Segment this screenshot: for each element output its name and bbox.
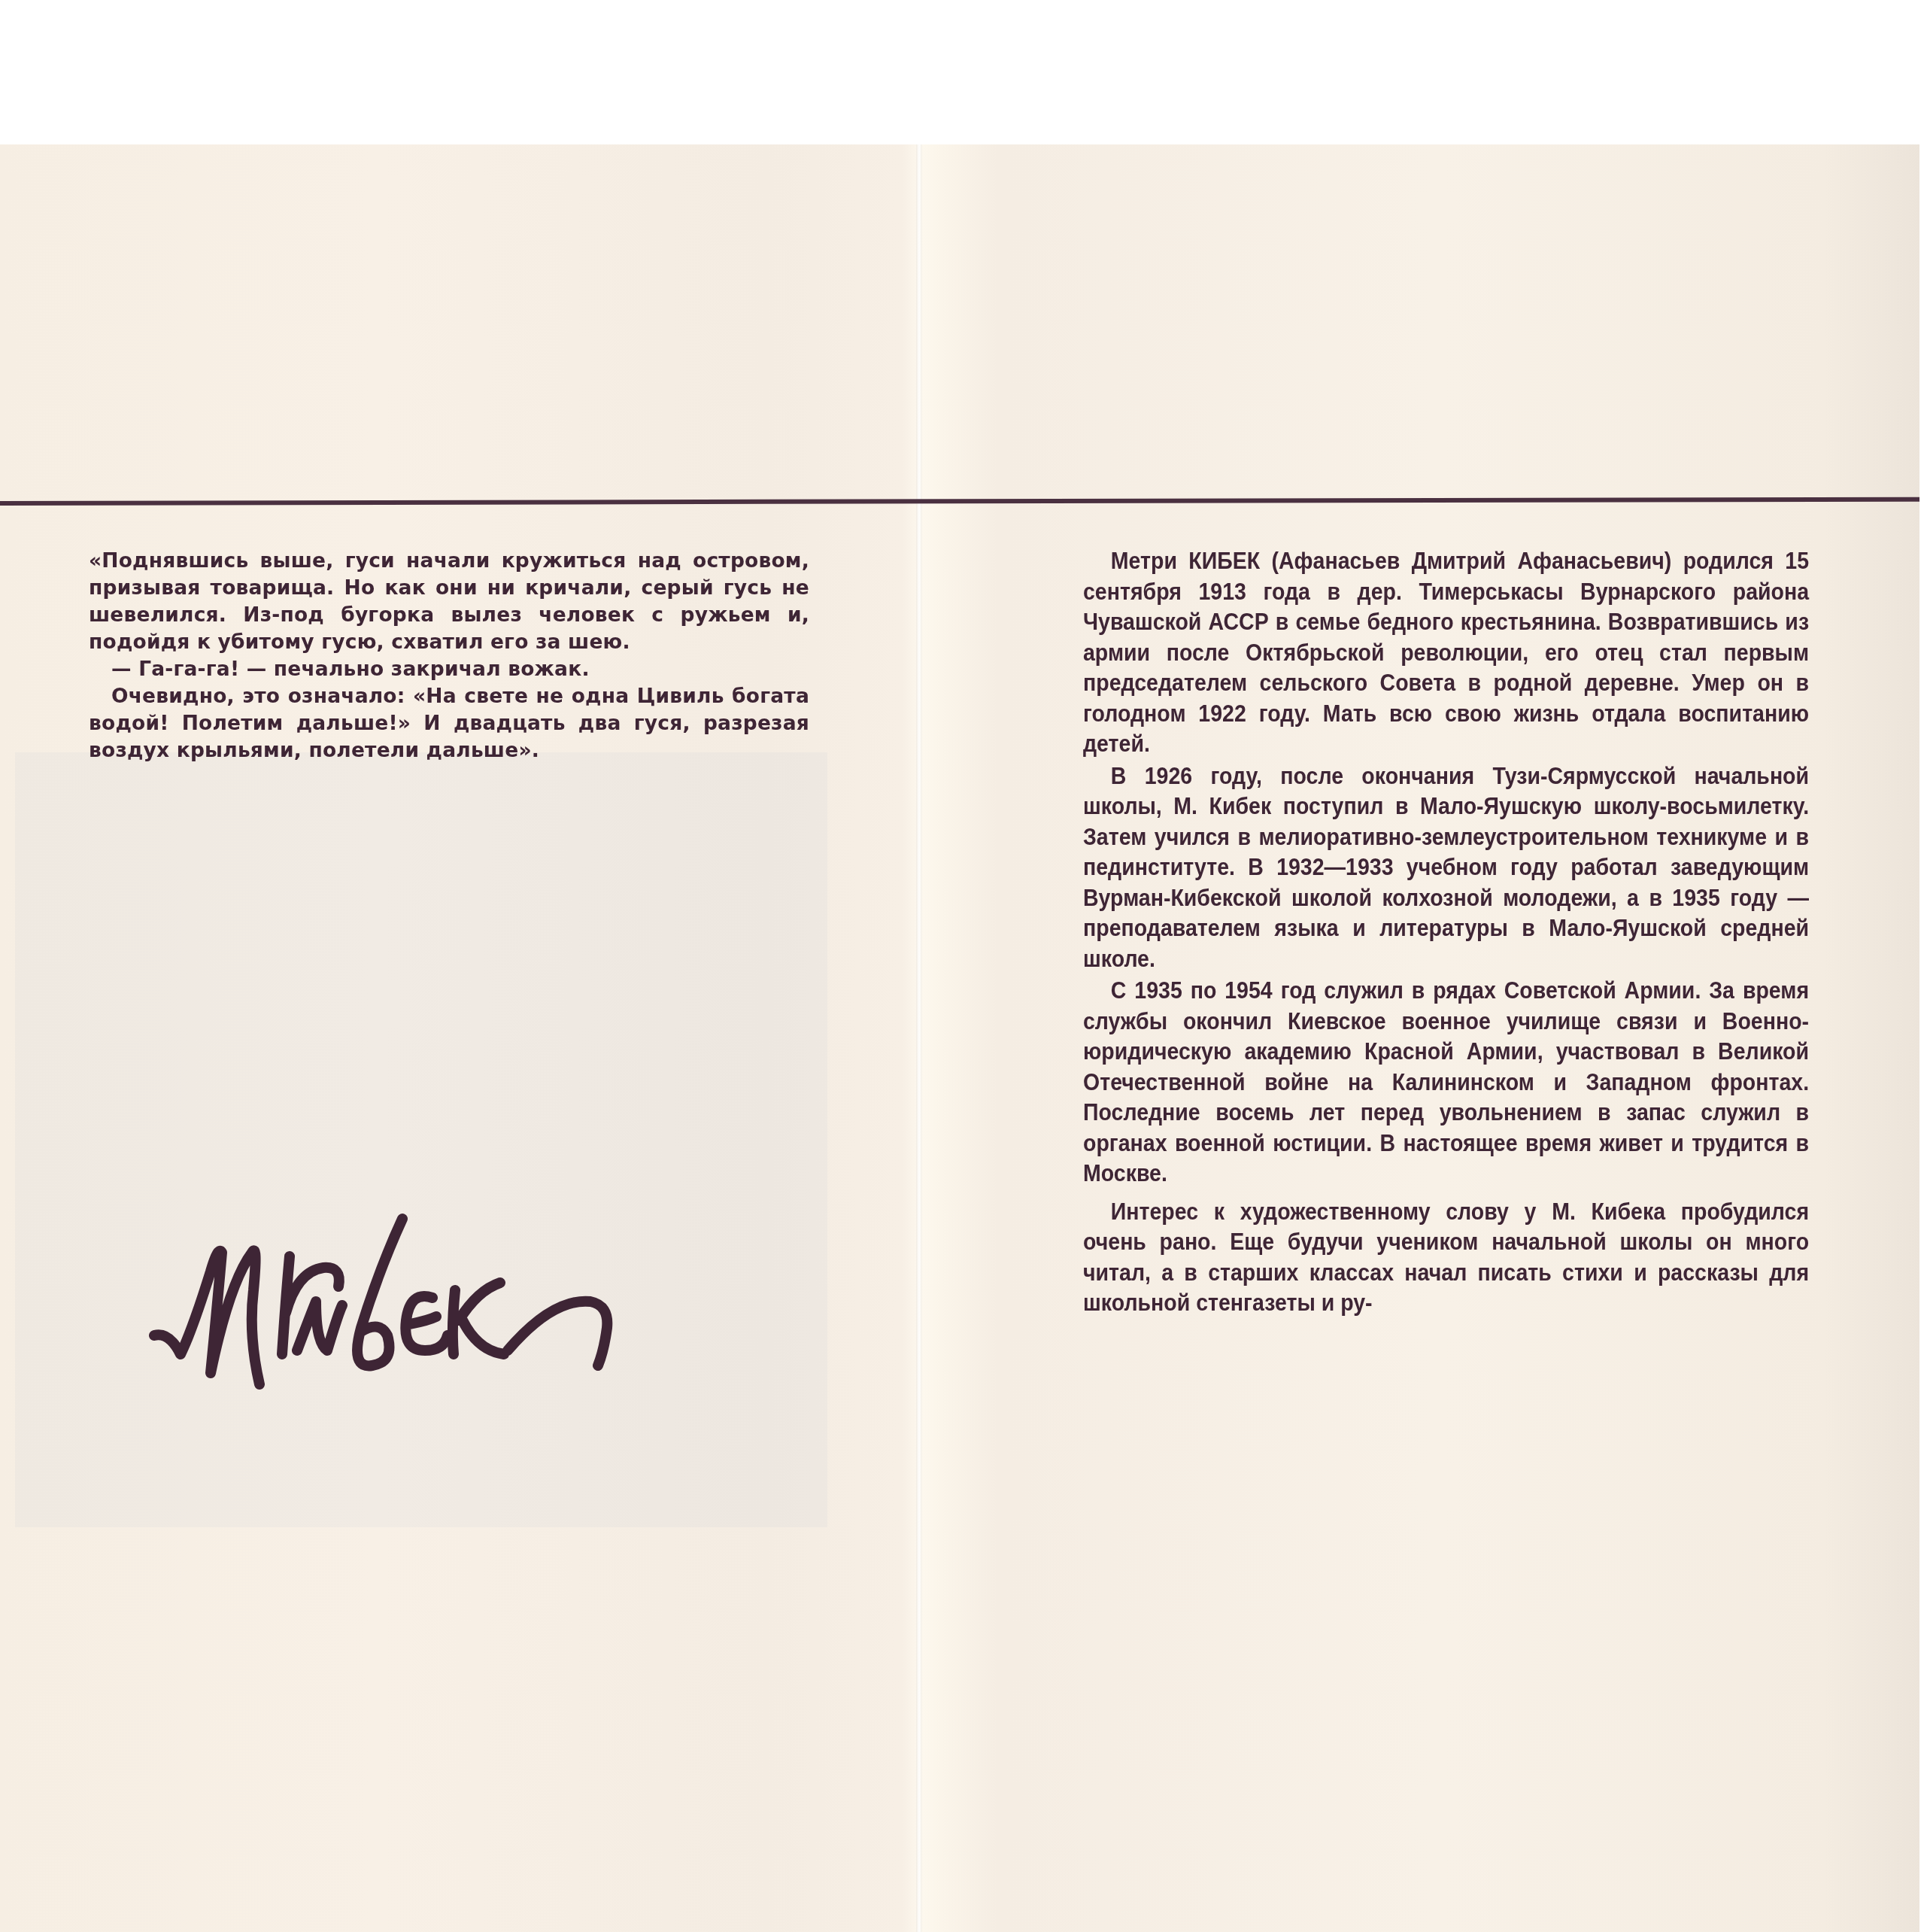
bio-paragraph: С 1935 по 1954 год служил в рядах Советс… [1083,976,1809,1189]
quote-paragraph: Очевидно, это означало: «На свете не одн… [89,683,809,764]
left-page-quote: «Поднявшись выше, гуси начали кружиться … [89,548,809,764]
bio-paragraph: В 1926 году, после окончания Тузи-Сярмус… [1083,761,1809,975]
bio-paragraph: Метри КИБЕК (Афанасьев Дмитрий Афанасьев… [1083,546,1809,760]
right-page-biography: Метри КИБЕК (Афанасьев Дмитрий Афанасьев… [1083,546,1809,1320]
show-through-image [15,752,827,1527]
quote-paragraph: «Поднявшись выше, гуси начали кружиться … [89,548,809,656]
author-signature: М. Кибек [147,1200,703,1403]
page-fold [916,144,922,1932]
signature-icon: М. Кибек [147,1200,703,1403]
bio-paragraph: Интерес к художественному слову у М. Киб… [1083,1197,1809,1319]
quote-paragraph: — Га-га-га! — печально закричал вожак. [89,656,809,683]
